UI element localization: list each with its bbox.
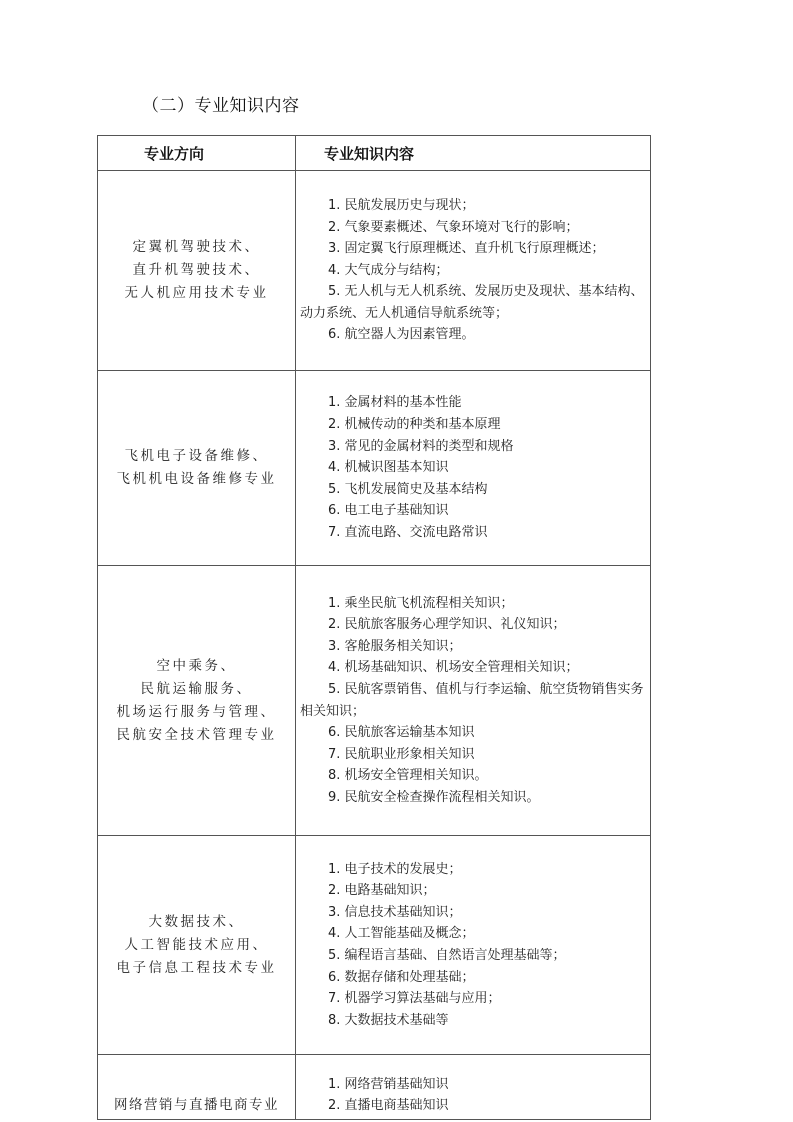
major-line: 飞机机电设备维修专业 xyxy=(98,468,295,491)
table-row: 空中乘务、 民航运输服务、 机场运行服务与管理、 民航安全技术管理专业 1. 乘… xyxy=(98,566,651,836)
knowledge-cell: 1. 金属材料的基本性能 2. 机械传动的种类和基本原理 3. 常见的金属材料的… xyxy=(296,371,651,566)
knowledge-item: 1. 金属材料的基本性能 xyxy=(300,392,644,414)
section-title: （二）专业知识内容 xyxy=(142,95,300,117)
table-row: 网络营销与直播电商专业 1. 网络营销基础知识 2. 直播电商基础知识 xyxy=(98,1055,651,1120)
table-row: 定翼机驾驶技术、 直升机驾驶技术、 无人机应用技术专业 1. 民航发展历史与现状… xyxy=(98,171,651,371)
knowledge-item: 2. 直播电商基础知识 xyxy=(300,1095,644,1117)
knowledge-item: 1. 民航发展历史与现状； xyxy=(300,195,644,217)
major-cell: 空中乘务、 民航运输服务、 机场运行服务与管理、 民航安全技术管理专业 xyxy=(98,566,296,836)
knowledge-item: 3. 信息技术基础知识； xyxy=(300,902,644,924)
knowledge-item: 1. 电子技术的发展史； xyxy=(300,859,644,881)
knowledge-item: 3. 客舱服务相关知识； xyxy=(300,636,644,658)
knowledge-item: 5. 民航客票销售、值机与行李运输、航空货物销售实务相关知识； xyxy=(300,679,644,722)
major-line: 电子信息工程技术专业 xyxy=(98,957,295,980)
header-major: 专业方向 xyxy=(98,136,296,171)
knowledge-cell: 1. 民航发展历史与现状； 2. 气象要素概述、气象环境对飞行的影响； 3. 固… xyxy=(296,171,651,371)
knowledge-item: 5. 无人机与无人机系统、发展历史及现状、基本结构、动力系统、无人机通信导航系统… xyxy=(300,281,644,324)
major-line: 民航安全技术管理专业 xyxy=(98,724,295,747)
table-row: 飞机电子设备维修、 飞机机电设备维修专业 1. 金属材料的基本性能 2. 机械传… xyxy=(98,371,651,566)
knowledge-item: 8. 大数据技术基础等 xyxy=(300,1010,644,1032)
major-cell: 网络营销与直播电商专业 xyxy=(98,1055,296,1120)
major-cell: 飞机电子设备维修、 飞机机电设备维修专业 xyxy=(98,371,296,566)
knowledge-item: 7. 机器学习算法基础与应用； xyxy=(300,988,644,1010)
knowledge-item: 2. 电路基础知识； xyxy=(300,880,644,902)
knowledge-cell: 1. 电子技术的发展史； 2. 电路基础知识； 3. 信息技术基础知识； 4. … xyxy=(296,836,651,1055)
knowledge-cell: 1. 网络营销基础知识 2. 直播电商基础知识 xyxy=(296,1055,651,1120)
table-row: 大数据技术、 人工智能技术应用、 电子信息工程技术专业 1. 电子技术的发展史；… xyxy=(98,836,651,1055)
knowledge-item: 1. 网络营销基础知识 xyxy=(300,1074,644,1096)
knowledge-item: 3. 常见的金属材料的类型和规格 xyxy=(300,436,644,458)
knowledge-item: 7. 民航职业形象相关知识 xyxy=(300,744,644,766)
table-header-row: 专业方向 专业知识内容 xyxy=(98,136,651,171)
major-line: 空中乘务、 xyxy=(98,655,295,678)
major-line: 大数据技术、 xyxy=(98,911,295,934)
major-line: 机场运行服务与管理、 xyxy=(98,701,295,724)
knowledge-item: 2. 机械传动的种类和基本原理 xyxy=(300,414,644,436)
major-line: 定翼机驾驶技术、 xyxy=(98,236,295,259)
major-line: 无人机应用技术专业 xyxy=(98,282,295,305)
knowledge-item: 2. 民航旅客服务心理学知识、礼仪知识； xyxy=(300,614,644,636)
knowledge-item: 4. 大气成分与结构； xyxy=(300,260,644,282)
knowledge-item: 7. 直流电路、交流电路常识 xyxy=(300,522,644,544)
major-line: 飞机电子设备维修、 xyxy=(98,445,295,468)
knowledge-item: 6. 航空器人为因素管理。 xyxy=(300,324,644,346)
knowledge-table: 专业方向 专业知识内容 定翼机驾驶技术、 直升机驾驶技术、 无人机应用技术专业 … xyxy=(97,135,651,1120)
knowledge-item: 6. 数据存储和处理基础； xyxy=(300,967,644,989)
knowledge-item: 5. 编程语言基础、自然语言处理基础等； xyxy=(300,945,644,967)
major-line: 网络营销与直播电商专业 xyxy=(98,1094,295,1117)
knowledge-item: 1. 乘坐民航飞机流程相关知识； xyxy=(300,593,644,615)
knowledge-item: 4. 机场基础知识、机场安全管理相关知识； xyxy=(300,657,644,679)
major-cell: 大数据技术、 人工智能技术应用、 电子信息工程技术专业 xyxy=(98,836,296,1055)
major-cell: 定翼机驾驶技术、 直升机驾驶技术、 无人机应用技术专业 xyxy=(98,171,296,371)
knowledge-item: 6. 民航旅客运输基本知识 xyxy=(300,722,644,744)
knowledge-item: 3. 固定翼飞行原理概述、直升机飞行原理概述； xyxy=(300,238,644,260)
knowledge-item: 2. 气象要素概述、气象环境对飞行的影响； xyxy=(300,217,644,239)
knowledge-cell: 1. 乘坐民航飞机流程相关知识； 2. 民航旅客服务心理学知识、礼仪知识； 3.… xyxy=(296,566,651,836)
major-line: 直升机驾驶技术、 xyxy=(98,259,295,282)
knowledge-item: 5. 飞机发展简史及基本结构 xyxy=(300,479,644,501)
major-line: 民航运输服务、 xyxy=(98,678,295,701)
major-line: 人工智能技术应用、 xyxy=(98,934,295,957)
knowledge-item: 4. 人工智能基础及概念； xyxy=(300,923,644,945)
knowledge-item: 8. 机场安全管理相关知识。 xyxy=(300,765,644,787)
knowledge-item: 9. 民航安全检查操作流程相关知识。 xyxy=(300,787,644,809)
knowledge-item: 4. 机械识图基本知识 xyxy=(300,457,644,479)
knowledge-item: 6. 电工电子基础知识 xyxy=(300,500,644,522)
header-knowledge: 专业知识内容 xyxy=(296,136,651,171)
